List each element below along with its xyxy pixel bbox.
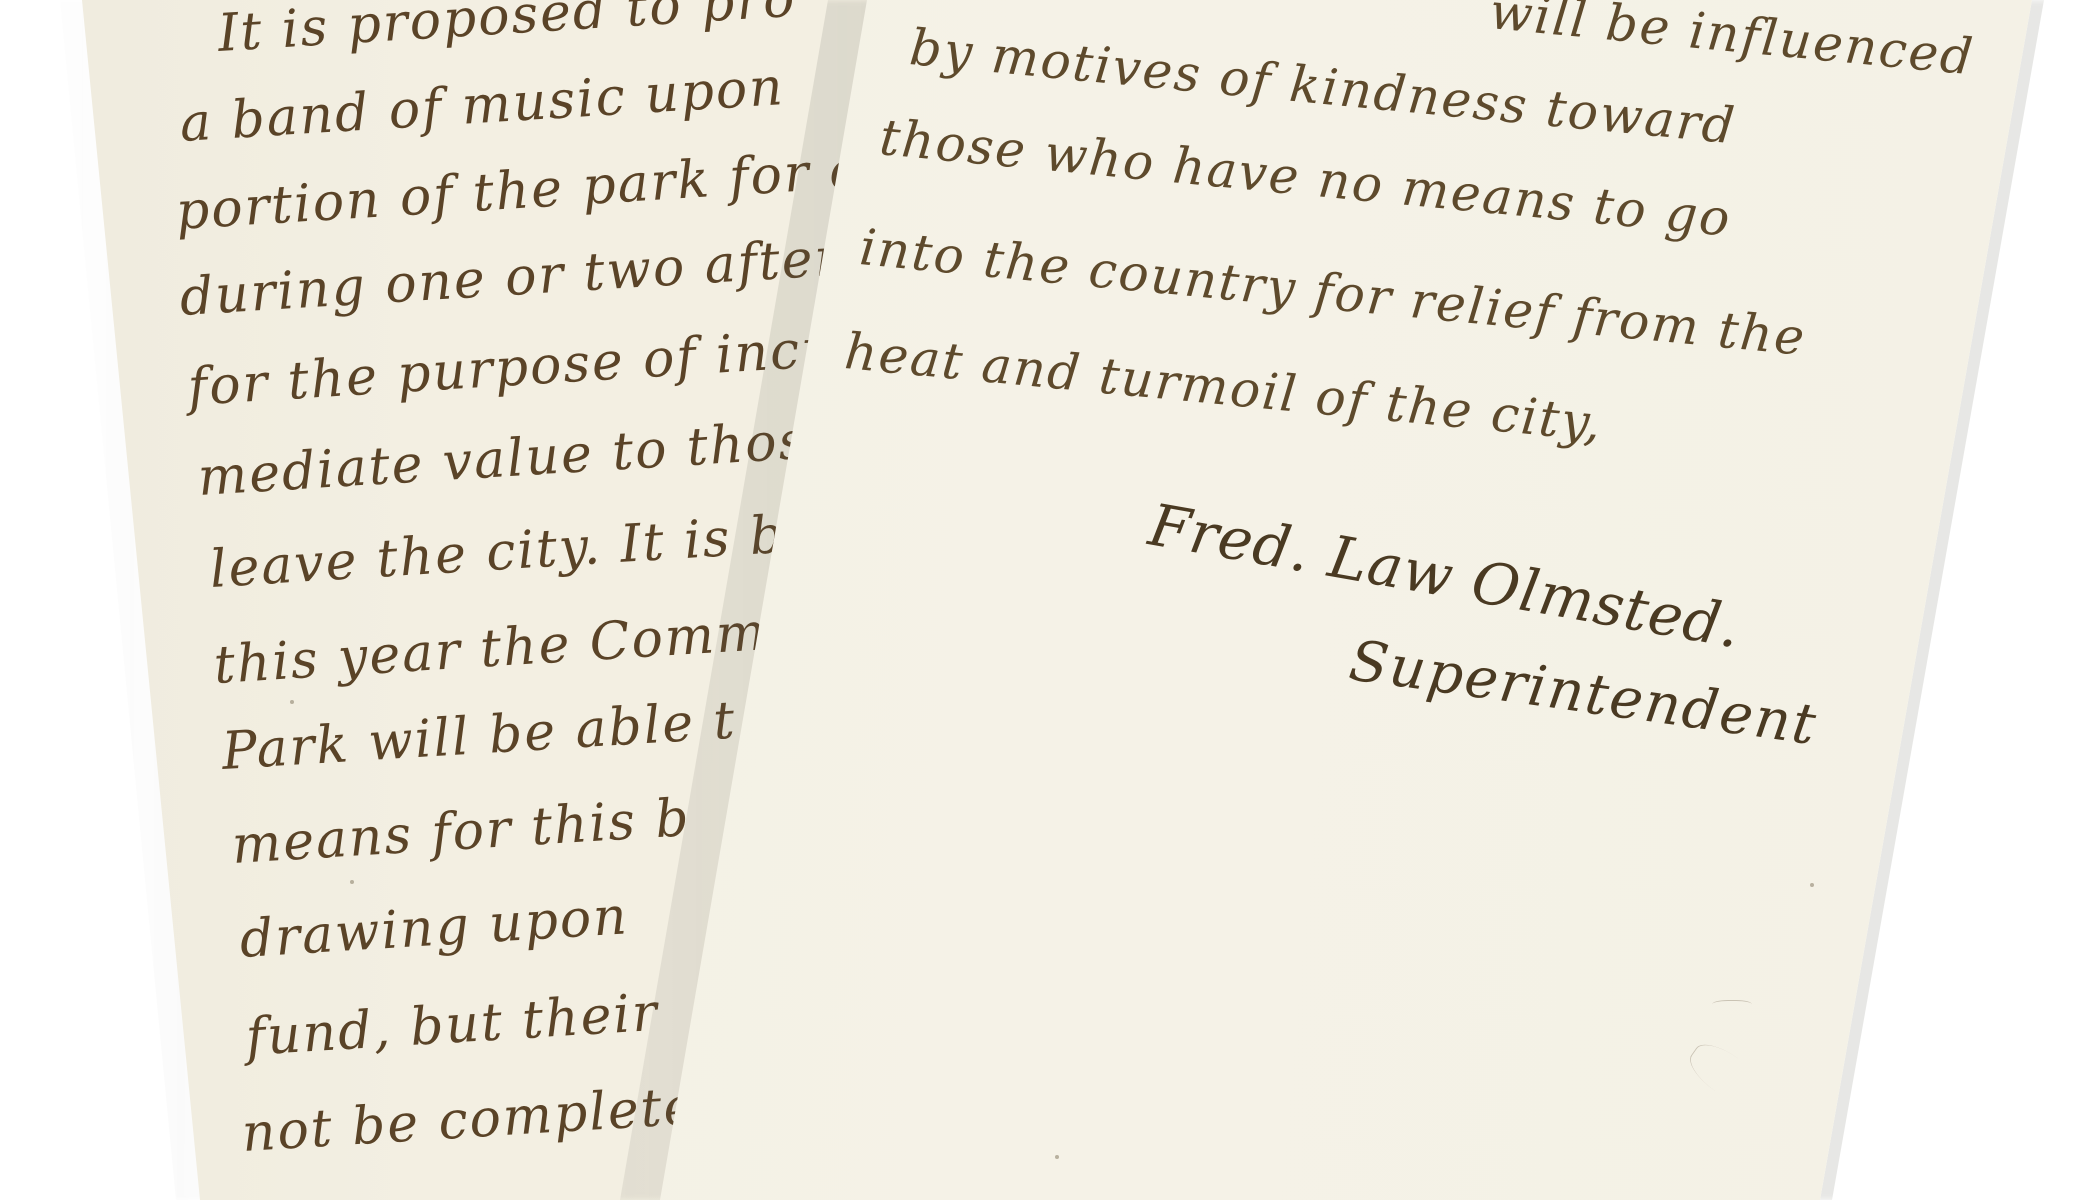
letter-photo: It is proposed to pro a band of music up…	[0, 0, 2100, 1200]
paper-fiber	[1682, 1035, 1788, 1126]
right-letter-page: will be influenced by motives of kindnes…	[0, 0, 2100, 1200]
right-page-text: will be influenced by motives of kindnes…	[0, 0, 2100, 1200]
handwritten-line: heat and turmoil of the city,	[842, 322, 1605, 453]
signature-name: Fred. Law Olmsted.	[1144, 491, 1746, 662]
signature-title: Superintendent	[1345, 628, 1821, 758]
paper-speck	[1810, 883, 1814, 887]
paper-speck	[1055, 1155, 1059, 1159]
paper-fiber	[1712, 1000, 1752, 1011]
handwritten-line: will be influenced	[1487, 0, 1977, 86]
